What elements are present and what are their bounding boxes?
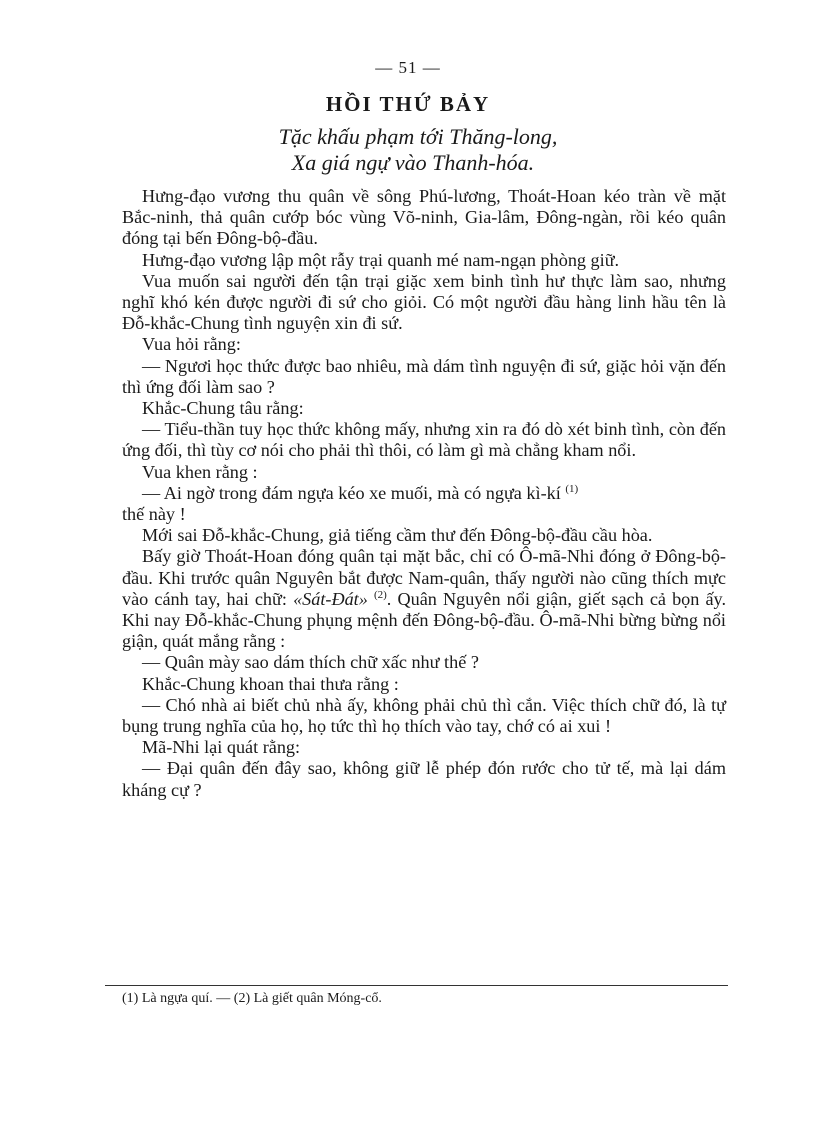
body-text: Hưng-đạo vương thu quân về sông Phú-lươn… (122, 186, 726, 801)
dialogue-paragraph: — Ai ngờ trong đám ngựa kéo xe muối, mà … (122, 483, 726, 525)
footnote: (1) Là ngựa quí. — (2) Là giết quân Móng… (122, 991, 382, 1007)
footnote-marker-1: (1) (565, 483, 578, 495)
chapter-title: HỒI THỨ BẢY (0, 92, 816, 117)
emphasized-text: «Sát-Đát» (293, 589, 368, 609)
paragraph: Khắc-Chung tâu rằng: (122, 398, 726, 419)
paragraph-text: — Ai ngờ trong đám ngựa kéo xe muối, mà … (142, 483, 561, 503)
dialogue-paragraph: — Tiểu-thần tuy học thức không mấy, nhưn… (122, 419, 726, 461)
paragraph: Vua muốn sai người đến tận trại giặc xem… (122, 271, 726, 335)
paragraph-text: thế này ! (122, 504, 186, 524)
dialogue-paragraph: — Ngươi học thức được bao nhiêu, mà dám … (122, 356, 726, 398)
chapter-subtitle-line-2: Xa giá ngự vào Thanh-hóa. (0, 150, 816, 176)
dialogue-paragraph: — Đại quân đến đây sao, không giữ lễ phé… (122, 758, 726, 800)
paragraph: Bấy giờ Thoát-Hoan đóng quân tại mặt bắc… (122, 546, 726, 652)
paragraph: Khắc-Chung khoan thai thưa rằng : (122, 674, 726, 695)
paragraph: Vua hỏi rằng: (122, 334, 726, 355)
chapter-subtitle-line-1: Tặc khấu phạm tới Thăng-long, (0, 124, 816, 150)
paragraph: Hưng-đạo vương thu quân về sông Phú-lươn… (122, 186, 726, 250)
paragraph: Mã-Nhi lại quát rằng: (122, 737, 726, 758)
footnote-divider (105, 985, 728, 986)
paragraph: Mới sai Đỗ-khắc-Chung, giả tiếng cầm thư… (122, 525, 726, 546)
paragraph: Vua khen rằng : (122, 462, 726, 483)
dialogue-paragraph: — Chó nhà ai biết chủ nhà ấy, không phải… (122, 695, 726, 737)
footnote-marker-2: (2) (374, 589, 387, 601)
dialogue-paragraph: — Quân mày sao dám thích chữ xấc như thế… (122, 652, 726, 673)
page-number: — 51 — (0, 58, 816, 78)
paragraph: Hưng-đạo vương lập một rẫy trại quanh mé… (122, 250, 726, 271)
